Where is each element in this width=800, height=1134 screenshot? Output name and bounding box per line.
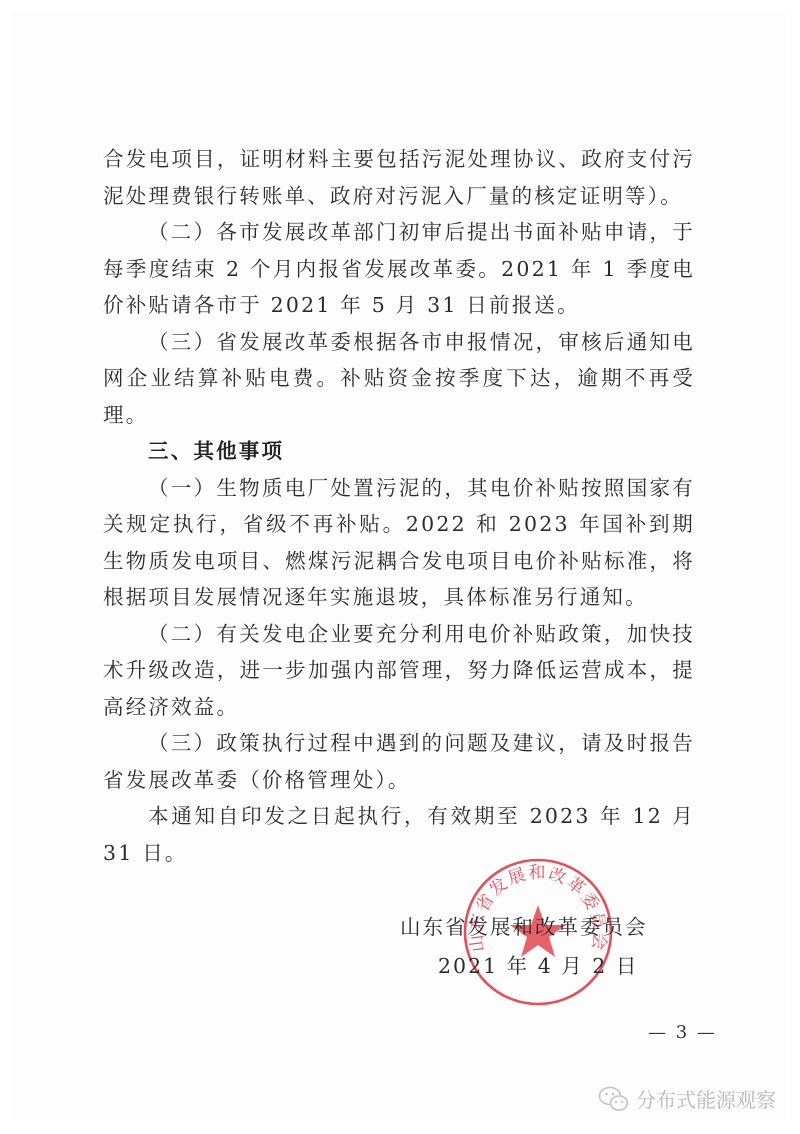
paragraph-item-3-3: （三）政策执行过程中遇到的问题及建议，请及时报告省发展改革委（价格管理处）。 (103, 725, 695, 798)
signature-organization: 山东省发展和改革委员会 (400, 910, 648, 940)
watermark-text: 分布式能源观察 (636, 1084, 776, 1113)
signature-date: 2021 年 4 月 2 日 (438, 949, 638, 979)
page-number: — 3 — (648, 1022, 717, 1043)
paragraph-item-2-2: （二）各市发展改革部门初审后提出书面补贴申请，于每季度结束 2 个月内报省发展改… (103, 214, 695, 324)
watermark: 分布式能源观察 (598, 1084, 776, 1113)
paragraph-item-2-3: （三）省发展改革委根据各市申报情况，审核后通知电网企业结算补贴电费。补贴资金按季… (103, 324, 695, 434)
wechat-icon (598, 1085, 630, 1113)
paragraph-item-3-2: （二）有关发电企业要充分利用电价补贴政策，加快技术升级改造，进一步加强内部管理，… (103, 616, 695, 726)
paragraph-item-3-1: （一）生物质电厂处置污泥的，其电价补贴按照国家有关规定执行，省级不再补贴。202… (103, 470, 695, 616)
section-heading-3: 三、其他事项 (103, 433, 695, 470)
paragraph-continuation: 合发电项目，证明材料主要包括污泥处理协议、政府支付污泥处理费银行转账单、政府对污… (103, 141, 695, 214)
document-body: 合发电项目，证明材料主要包括污泥处理协议、政府支付污泥处理费银行转账单、政府对污… (103, 141, 695, 871)
